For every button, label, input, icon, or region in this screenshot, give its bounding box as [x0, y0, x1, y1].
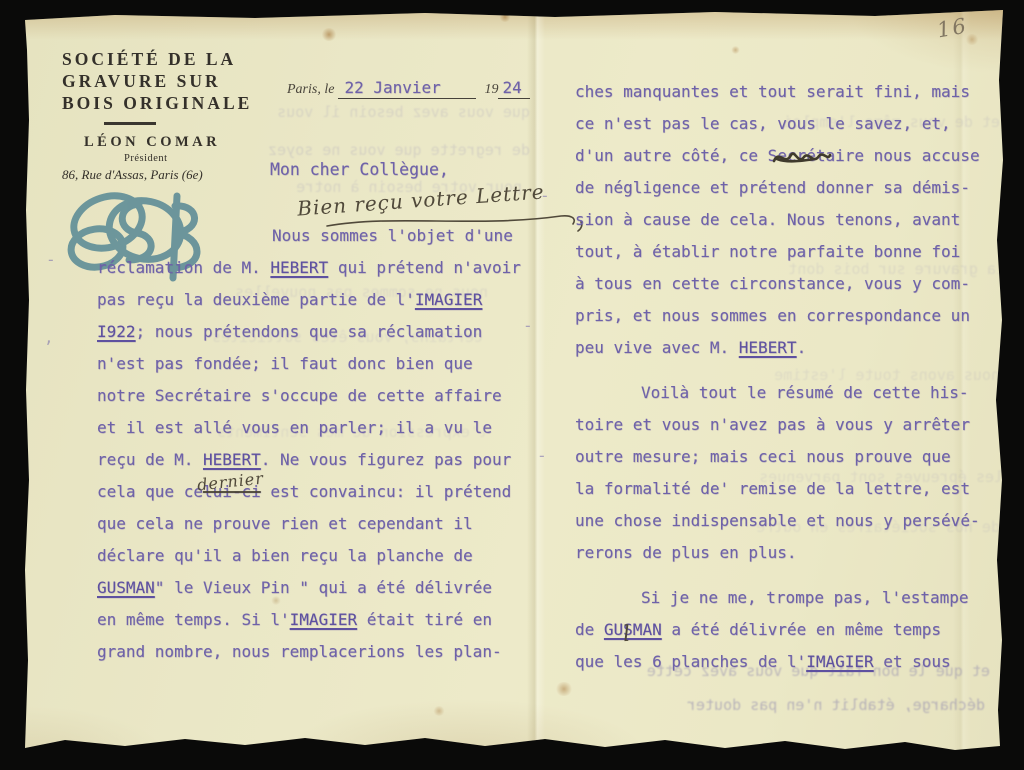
- org-name-line: BOIS ORIGINALE: [62, 92, 252, 114]
- typed-line: reçu de M. HEBERT. Ne vous figurez pas p…: [97, 444, 532, 476]
- typed-line: de négligence et prétend donner sa démis…: [575, 172, 1010, 204]
- printed-year-prefix: 19: [484, 82, 498, 97]
- typed-line: toire et vous n'avez pas à vous y arrête…: [575, 409, 1010, 441]
- letterhead-address: 86, Rue d'Assas, Paris (6e): [62, 167, 252, 183]
- salutation: Mon cher Collègue,: [270, 160, 449, 179]
- letterhead-rule: [104, 122, 156, 125]
- bleedthrough-line: décharge, établit n'en pas douter: [560, 696, 985, 714]
- president-name: LÉON COMAR: [84, 134, 252, 151]
- typed-line: peu vive avec M. HEBERT.: [575, 332, 1010, 364]
- typed-line: I922; nous prétendons que sa réclamation: [97, 316, 532, 348]
- typed-line: une chose indispensable et nous y persév…: [575, 505, 1010, 537]
- typed-line: en même temps. Si l'IMAGIER était tiré e…: [97, 604, 532, 636]
- letter-right-column: ches manquantes et tout serait fini, mai…: [575, 76, 1010, 678]
- letter-paper-sheet: que vous avez besoin il vous de regrette…: [25, 10, 1003, 755]
- typed-line: grand nombre, nous remplacerions les pla…: [97, 636, 532, 668]
- president-title: Président: [124, 153, 252, 164]
- typed-line: GUSMAN" le Vieux Pin " qui a été délivré…: [97, 572, 532, 604]
- date-line: Paris, le22 Janvier1924: [287, 78, 530, 99]
- paper-stain: [499, 12, 511, 22]
- handwritten-note: Bien reçu votre Lettre: [296, 179, 545, 220]
- typed-line: n'est pas fondée; il faut donc bien que: [97, 348, 532, 380]
- paper-stain: [731, 46, 740, 54]
- bleedthrough-line: de regrette que vous ne soyez: [250, 141, 530, 159]
- typed-line: réclamation de M. HEBERT qui prétend n'a…: [97, 252, 532, 284]
- typed-line: déclare qu'il a bien reçu la planche de: [97, 540, 532, 572]
- typed-line: de GUSMAN a été délivrée en même temps: [575, 614, 1010, 646]
- typed-segment: est convaincu: il prétend: [261, 482, 511, 501]
- typed-date: 22 Janvier: [338, 78, 476, 99]
- letterhead-block: SOCIÉTÉ DE LA GRAVURE SUR BOIS ORIGINALE…: [62, 48, 252, 183]
- typed-line: Si je ne me, trompe pas, l'estampe: [575, 582, 1010, 614]
- typed-line: et il est allé vous en parler; il a vu l…: [97, 412, 532, 444]
- paper-stain: [321, 28, 337, 41]
- bleedthrough-line: que vous avez besoin il vous: [255, 103, 530, 121]
- typed-line: pris, et nous sommes en correspondance u…: [575, 300, 1010, 332]
- typed-segment: cela que ce: [97, 482, 203, 501]
- margin-mark: -: [46, 250, 56, 269]
- typed-line: ce n'est pas le cas, vous le savez, et,: [575, 108, 1010, 140]
- scanned-letter-screenshot: { "page_number": "16", "letterhead": { "…: [0, 0, 1024, 770]
- typed-line: que cela ne prouve rien et cependant il: [97, 508, 532, 540]
- typed-line-with-correction: cela que celui-ci est convaincu: il prét…: [97, 476, 532, 508]
- paper-stain: [555, 682, 573, 696]
- typed-line: que les 6 planches de l'IMAGIER et sous: [575, 646, 1010, 678]
- typed-line: outre mesure; mais ceci nous prouve que: [575, 441, 1010, 473]
- margin-mark: ,: [44, 328, 54, 347]
- typed-line: la formalité de' remise de la lettre, es…: [575, 473, 1010, 505]
- date-printed-prefix: Paris, le: [287, 82, 334, 97]
- org-name-line: GRAVURE SUR: [62, 70, 252, 92]
- org-name-line: SOCIÉTÉ DE LA: [62, 48, 252, 70]
- typed-line: sion à cause de cela. Nous tenons, avant: [575, 204, 1010, 236]
- letter-left-column: Nous sommes l'objet d'une réclamation de…: [97, 220, 532, 668]
- typed-line: tout, à établir notre parfaite bonne foi: [575, 236, 1010, 268]
- margin-mark: -: [537, 446, 547, 465]
- typed-line: Nous sommes l'objet d'une: [97, 220, 532, 252]
- pencil-page-number: 16: [935, 14, 969, 43]
- typed-line: à tous en cette circonstance, vous y com…: [575, 268, 1010, 300]
- margin-mark: -: [540, 186, 550, 205]
- typed-line: Voilà tout le résumé de cette his-: [575, 377, 1010, 409]
- typed-line: pas reçu la deuxième partie de l'IMAGIER: [97, 284, 532, 316]
- typed-line: notre Secrétaire s'occupe de cette affai…: [97, 380, 532, 412]
- typed-line: ches manquantes et tout serait fini, mai…: [575, 76, 1010, 108]
- margin-mark: -: [523, 316, 533, 335]
- typed-line: d'un autre côté, ce Secrétaire nous accu…: [575, 140, 1010, 172]
- paper-stain: [433, 706, 445, 716]
- typed-line: rerons de plus en plus.: [575, 537, 1010, 569]
- typed-year: 24: [498, 78, 530, 99]
